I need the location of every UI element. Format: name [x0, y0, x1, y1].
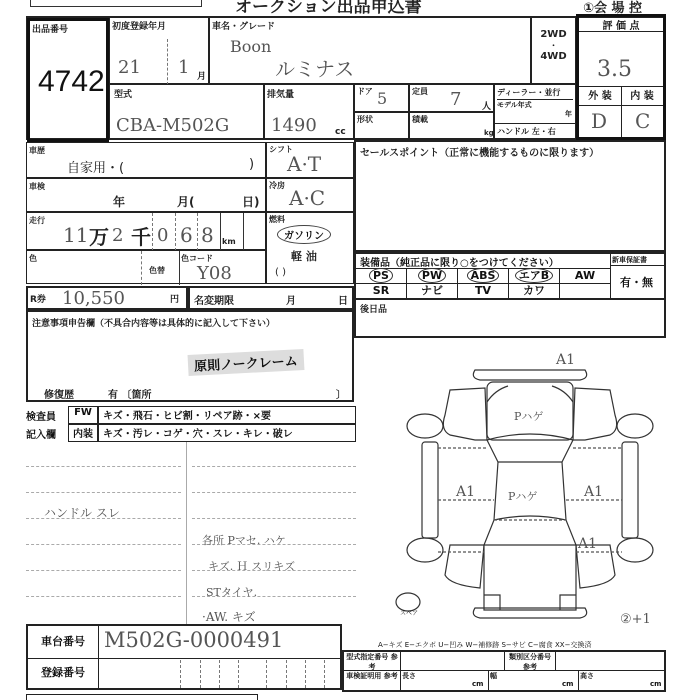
equipment-item: ナビ [407, 283, 458, 298]
rear-right-wheel [617, 538, 653, 562]
displacement-label: 排気量 [267, 87, 294, 100]
no-claim-stamp: 原則ノークレーム [188, 349, 305, 376]
equipment-item: TV [458, 283, 509, 298]
equipment-item: PS [356, 268, 407, 283]
inspector-table: 検査員 記入欄 FW キズ・飛石・ヒビ割・リペア跡・×要 内装 キズ・汚レ・コゲ… [26, 406, 356, 442]
history-cell: 車歴 自家用・( ) [26, 142, 266, 178]
mileage-digit: 6 [180, 223, 193, 247]
divider [495, 123, 575, 124]
divider [621, 105, 622, 137]
mileage-cell: 走行 11 万 2 千 0 6 8 km [26, 212, 266, 250]
doors-value: 5 [377, 89, 387, 108]
lot-number-box: 出品番号 4742 [27, 18, 109, 142]
headlights [487, 386, 573, 402]
divider [179, 251, 180, 285]
score-value: 3.5 [597, 57, 632, 82]
recycle-cell: R券 10,550 円 [26, 286, 188, 310]
fuel-other: ( ) [275, 267, 286, 278]
equipment-row-2: SRナビTVカワ [356, 283, 610, 298]
first-registration-year: 21 [118, 57, 141, 78]
sen-unit: 千 [131, 221, 151, 250]
name-change-month: 月 [286, 292, 296, 307]
displacement-cell: 排気量 1490 cc [264, 84, 354, 140]
front-bumper [473, 370, 586, 380]
shift-value: A·T [287, 152, 321, 176]
dealer-label: ディーラー・並行 [497, 87, 573, 100]
displacement-unit: cc [335, 127, 346, 137]
remark-right: STタイヤ. [206, 584, 257, 600]
sales-point-box: セールスポイント（正常に機能するものに限ります） [354, 140, 666, 252]
first-registration-month: 1 [178, 57, 189, 78]
man-unit: 万 [89, 221, 109, 250]
front-right-wheel [617, 414, 653, 438]
repair-close: 〕 [336, 386, 346, 401]
left-side-sill [422, 442, 438, 538]
name-change-label: 名変期限 [194, 292, 234, 307]
trunk [484, 545, 576, 610]
damage-mark-left: A1 [456, 484, 475, 500]
type-designation-label: 型式指定番号 参考 [344, 652, 401, 671]
damage-mark-roof: Pハゲ [508, 488, 537, 504]
divider [175, 213, 176, 251]
history-label: 車歴 [29, 145, 45, 156]
class-number-label: 類別区分番号 参考 [504, 652, 556, 670]
divider [98, 658, 342, 659]
repaint-label: 色替 [149, 265, 165, 276]
spec-reference-table: 型式指定番号 参考 類別区分番号 参考 車検証明用 参考 長さ cm 幅 cm … [342, 650, 666, 692]
front-right-fender [573, 388, 617, 440]
remarks-area: ハンドル スレ 各所 Pマセ. ハケ キズ. Ｈ スリキズ STタイヤ. ·AW… [26, 442, 356, 626]
right-side-sill [622, 442, 638, 538]
doors-label: ドア [357, 86, 373, 97]
width-unit: cm [562, 680, 573, 688]
displacement-value: 1490 [271, 115, 317, 136]
inspection-month: 月( [177, 193, 195, 210]
interior-label: 内 装 [621, 87, 663, 106]
divider [141, 251, 142, 285]
fuel-diesel: 軽 油 [291, 248, 317, 264]
equipment-item: PW [407, 268, 458, 283]
equipment-item: AW [560, 268, 610, 283]
bottom-box-partial [26, 694, 258, 700]
divider [167, 39, 168, 85]
drive-sep: ・ [532, 40, 575, 51]
form-title: オークション出品申込書 [235, 0, 422, 17]
equipment-item: ABS [458, 268, 509, 283]
fuel-cell: 燃料 ガソリン 軽 油 ( ) [266, 212, 354, 284]
warranty-value: 有・無 [620, 274, 653, 290]
rear-left-wheel [407, 538, 443, 562]
repair-history-label: 修復歴 [44, 386, 74, 401]
inspection-label: 車検 [29, 181, 45, 192]
recycle-value: 10,550 [62, 288, 125, 309]
mileage-thousands: 2 [112, 225, 123, 246]
score-label: 評 価 点 [579, 17, 663, 32]
load-unit: kg [484, 129, 494, 137]
recycle-label: R券 [30, 292, 46, 305]
remark-right: ·AW. キズ [202, 608, 256, 625]
equipment-item: カワ [509, 283, 560, 298]
interior-grade: C [635, 109, 650, 133]
ac-cell: 冷房 A·C [266, 178, 354, 212]
color-label: 色 [29, 253, 37, 264]
model-label: 型式 [114, 87, 132, 100]
doors-cell: ドア 5 [354, 84, 409, 112]
windshield [487, 434, 573, 462]
car-name-cell: 車名・グレード Boon ルミナス [209, 16, 531, 84]
drive-4wd: 4WD [532, 51, 575, 62]
first-registration-cell: 初度登録年月 21 1 月 [109, 16, 209, 84]
notes-label: 注意事項申告欄（不具合内容等は具体的に記入して下さい） [32, 316, 275, 329]
height-unit: cm [650, 680, 661, 688]
chassis-label: 車台番号 [28, 626, 99, 659]
mileage-ten-thousands: 11 [63, 223, 88, 247]
load-cell: 積載 kg [409, 112, 494, 140]
damage-mark-front: A1 [556, 352, 575, 368]
recycle-unit: 円 [170, 292, 179, 305]
spare-label: スペア [400, 608, 418, 617]
exterior-label: 外 装 [579, 87, 622, 106]
month-unit: 月 [197, 69, 206, 82]
remark-right: キズ. Ｈ スリキズ [208, 558, 295, 574]
history-value: 自家用・( [67, 157, 124, 176]
front-left-fender [443, 388, 487, 440]
fuel-gasoline-circled: ガソリン [277, 225, 331, 244]
interior-damage-items: キズ・汚レ・コゲ・穴・スレ・キレ・破レ [98, 424, 356, 442]
model-cell: 型式 CBA-M502G [109, 84, 264, 140]
inspection-year: 年 [113, 193, 125, 210]
car-grade: ルミナス [275, 53, 354, 82]
drive-type-cell: 2WD ・ 4WD [531, 16, 576, 84]
equipment-item [560, 283, 610, 298]
divider [220, 213, 221, 251]
mileage-label: 走行 [29, 215, 45, 226]
first-registration-label: 初度登録年月 [112, 19, 166, 32]
score-box: 評 価 点 3.5 外 装 内 装 D C [576, 14, 666, 140]
mileage-unit: km [222, 237, 236, 246]
width-label: 幅 [490, 671, 497, 681]
damage-mark-hood: Pハゲ [514, 408, 543, 424]
ac-value: A·C [289, 186, 325, 210]
damage-mark-right-rear: A1 [578, 536, 597, 552]
capacity-cell: 定員 7 人 [409, 84, 494, 112]
dealer-cell: ディーラー・並行 モデル年式 年 ハンドル 左・右 [494, 84, 576, 140]
model-year-label: モデル年式 [497, 100, 552, 110]
divider [243, 213, 244, 251]
entry-label: 記入欄 [26, 426, 56, 441]
inspection-cell: 車検 年 月( 日) [26, 178, 266, 212]
repair-history-value: 有 〔箇所 [108, 386, 151, 401]
interior-label-row: 内装 [68, 424, 98, 442]
handle-label: ハンドル 左・右 [497, 126, 556, 137]
drive-2wd: 2WD [532, 29, 575, 40]
cert-ref-label: 車検証明用 参考 [344, 671, 401, 690]
inspection-day: 日) [242, 193, 260, 210]
warranty-label: 新車保証書 [612, 255, 647, 265]
name-change-cell: 名変期限 月 日 [188, 286, 354, 310]
later-items-label: 後日品 [360, 302, 387, 315]
front-left-wheel [407, 414, 443, 438]
damage-mark-right: A1 [584, 484, 603, 500]
divider [197, 213, 198, 251]
damage-legend: A−キズ E−エクボ U−凹み W−補修跡 S−サビ C−腐食 XX−交換済 [378, 640, 591, 650]
length-unit: cm [472, 680, 483, 688]
color-cell: 色 色替 色コード Y08 [26, 250, 266, 284]
fuel-label: 燃料 [269, 214, 285, 225]
chassis-number: M502G-0000491 [104, 628, 283, 652]
later-items-box: 後日品 [354, 300, 666, 338]
year-unit: 年 [565, 109, 572, 119]
inspector-label: 検査員 [26, 408, 56, 423]
divider [186, 442, 187, 626]
equipment-label: 装備品（純正品に限り○をつけてください） [360, 254, 559, 269]
equipment-item: SR [356, 283, 407, 298]
divider [152, 213, 153, 251]
height-label: 高さ [580, 671, 594, 681]
history-close: ) [249, 157, 254, 172]
lot-number-label: 出品番号 [32, 22, 68, 35]
lot-number: 4742 [38, 65, 105, 99]
capacity-value: 7 [450, 89, 461, 110]
fw-damage-items: キズ・飛石・ヒビ割・リペア跡・×要 [98, 406, 356, 424]
equipment-box: 装備品（純正品に限り○をつけてください） 新車保証書 有・無 PSPWABSエア… [354, 252, 666, 300]
equipment-row-1: PSPWABSエアBAW [356, 268, 610, 283]
capacity-unit: 人 [482, 99, 491, 112]
capacity-label: 定員 [412, 86, 428, 97]
car-damage-diagram [390, 340, 670, 620]
car-name: Boon [230, 37, 271, 56]
mileage-digit: 0 [157, 225, 168, 246]
model-value: CBA-M502G [116, 115, 229, 136]
mileage-digit: 8 [201, 223, 214, 247]
load-label: 積載 [412, 114, 428, 125]
chassis-box: 車台番号 M502G-0000491 登録番号 [26, 624, 342, 690]
shape-cell: 形状 [354, 112, 409, 140]
car-name-label: 車名・グレード [212, 19, 275, 32]
shift-cell: シフト A·T [266, 142, 354, 178]
extra-note: ②+1 [620, 612, 651, 627]
shape-label: 形状 [357, 114, 373, 125]
sales-point-label: セールスポイント（正常に機能するものに限ります） [360, 144, 599, 159]
length-label: 長さ [402, 671, 416, 681]
color-code: Y08 [197, 263, 232, 284]
top-grid-strip [30, 0, 202, 7]
notes-box: 注意事項申告欄（不具合内容等は具体的に記入して下さい） 原則ノークレーム 修復歴… [26, 310, 354, 402]
ac-label: 冷房 [269, 180, 285, 191]
equipment-item: エアB [509, 268, 560, 283]
fw-label: FW [68, 406, 98, 424]
remark-left: ハンドル スレ [44, 504, 120, 521]
remark-right: 各所 Pマセ. ハケ [202, 532, 286, 548]
name-change-day: 日 [338, 292, 348, 307]
registration-label: 登録番号 [28, 658, 99, 688]
exterior-grade: D [591, 109, 607, 133]
